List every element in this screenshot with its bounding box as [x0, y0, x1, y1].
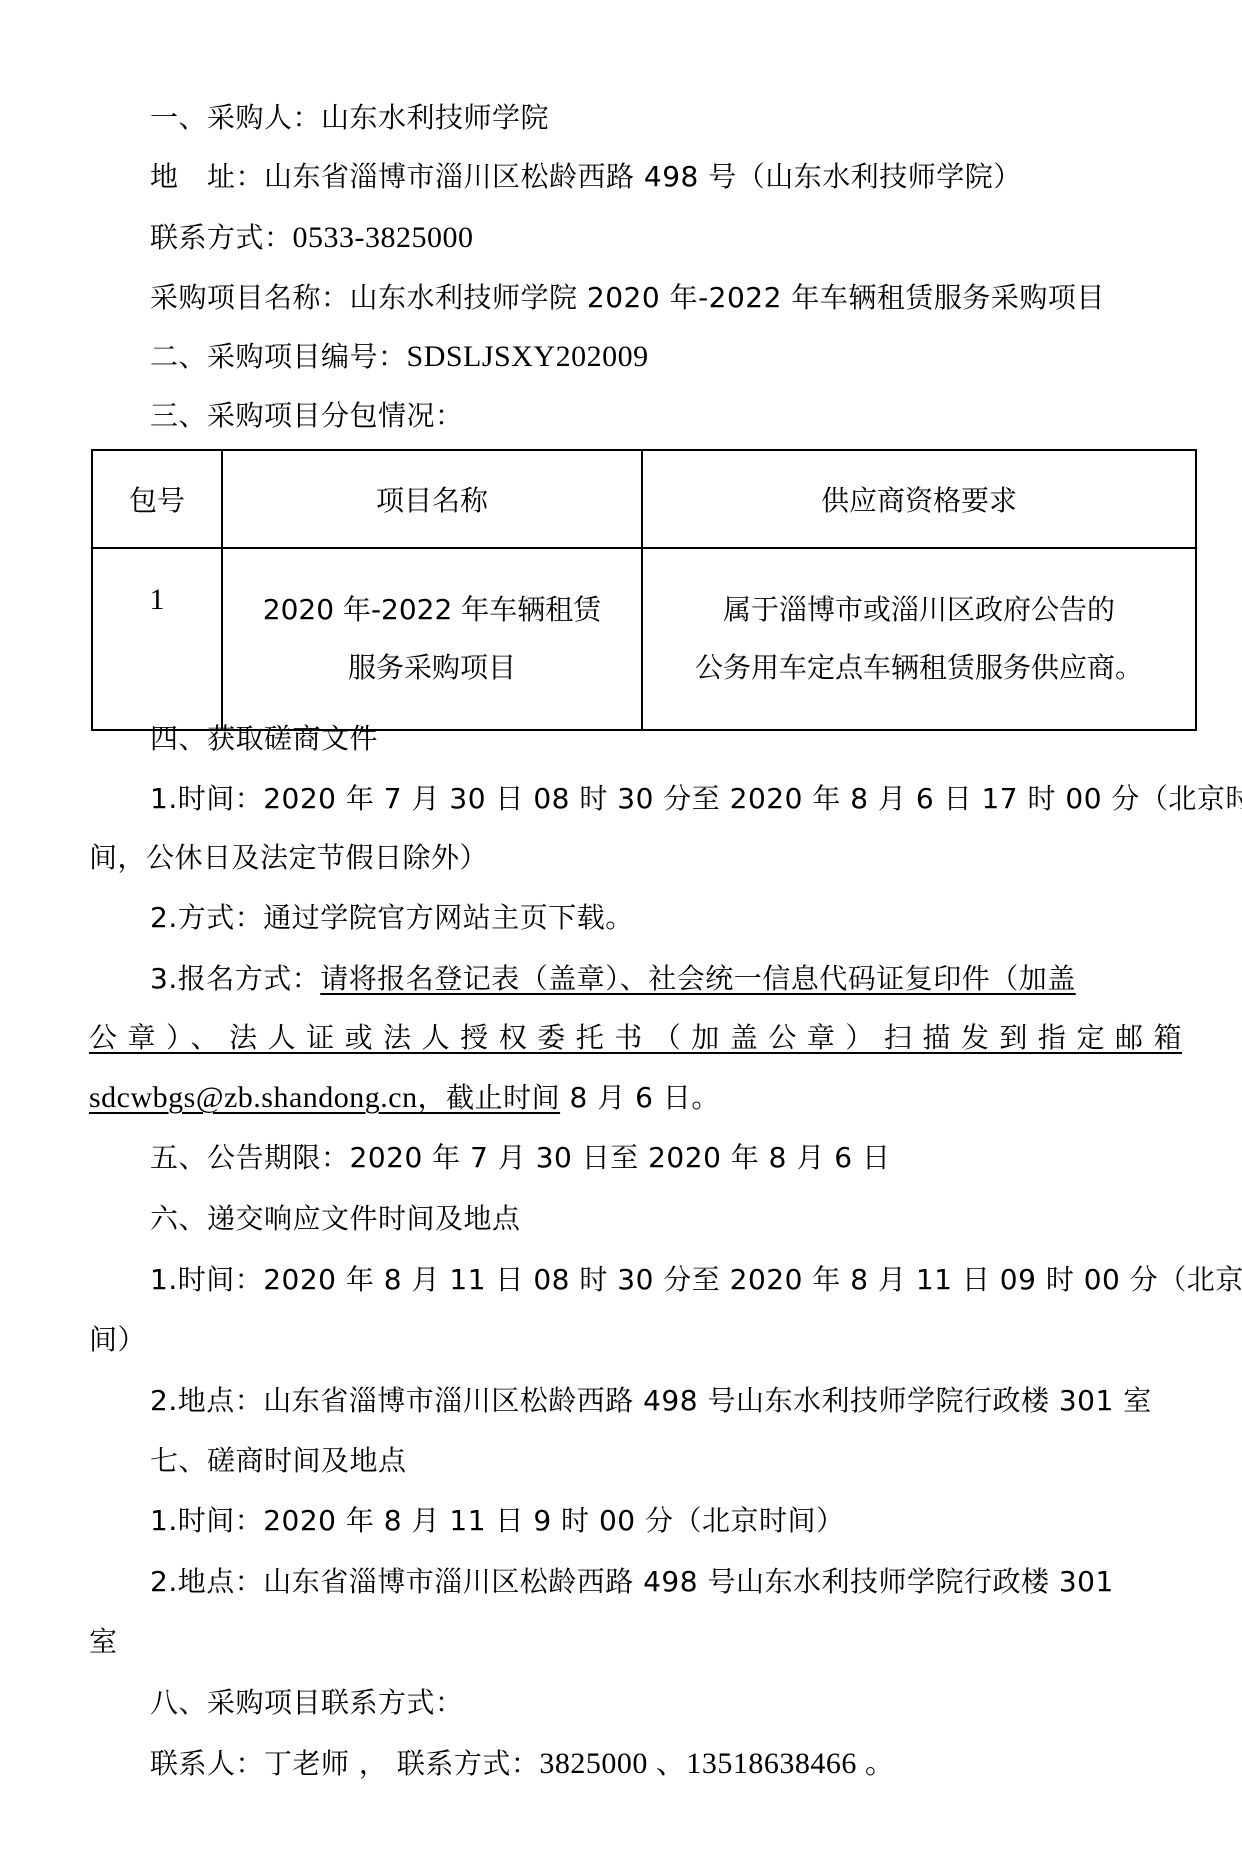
cell-project-name-line1: 2020 年-2022 年车辆租赁: [224, 581, 640, 639]
negotiation-place-line-cont: 室: [89, 1622, 118, 1662]
notice-period-line: 五、公告期限：2020 年 7 月 30 日至 2020 年 8 月 6 日: [150, 1138, 891, 1178]
register-deadline-label: ，截止时间: [418, 1081, 561, 1114]
col-header-name: 项目名称: [222, 450, 642, 548]
contact-value: 0533-3825000: [293, 221, 474, 254]
obtain-method-value: 通过学院官方网站主页下载。: [263, 901, 634, 934]
table-header-row: 包号 项目名称 供应商资格要求: [92, 450, 1196, 548]
register-deadline-value: 8 月 6 日。: [560, 1081, 720, 1114]
project-name-label: 采购项目名称：: [150, 281, 350, 314]
packages-table: 包号 项目名称 供应商资格要求 1 2020 年-2022 年车辆租赁 服务采购…: [91, 449, 1197, 731]
project-contact-heading: 八、采购项目联系方式：: [150, 1683, 464, 1723]
table-row: 1 2020 年-2022 年车辆租赁 服务采购项目 属于淄博市或淄川区政府公告…: [92, 548, 1196, 730]
negotiation-time-line: 1.时间：2020 年 8 月 11 日 9 时 00 分（北京时间）: [150, 1501, 844, 1541]
obtain-method-line: 2.方式：通过学院官方网站主页下载。: [150, 898, 634, 938]
cell-number: 1: [92, 548, 222, 730]
register-instructions: 请将报名登记表（盖章）、社会统一信息代码证复印件（加盖: [320, 962, 1076, 995]
cell-qualification-line2: 公务用车定点车辆租赁服务供应商。: [644, 639, 1194, 697]
project-number-label: 二、采购项目编号：: [150, 340, 407, 373]
register-email-link[interactable]: sdcwbgs@zb.shandong.cn: [89, 1081, 418, 1114]
col-header-qualification: 供应商资格要求: [642, 450, 1196, 548]
contact-phone-value: 3825000 、13518638466 。: [539, 1747, 895, 1780]
negotiation-place-value: 山东省淄博市淄川区松龄西路 498 号山东水利技师学院行政楼 301: [263, 1565, 1114, 1598]
cell-qualification: 属于淄博市或淄川区政府公告的 公务用车定点车辆租赁服务供应商。: [642, 548, 1196, 730]
cell-qualification-line1: 属于淄博市或淄川区政府公告的: [644, 581, 1194, 639]
address-label: 地 址：: [150, 160, 264, 193]
register-email-line: sdcwbgs@zb.shandong.cn，截止时间 8 月 6 日。: [89, 1078, 720, 1118]
submission-place-value: 山东省淄博市淄川区松龄西路 498 号山东水利技师学院行政楼 301 室: [263, 1384, 1152, 1417]
purchaser-line: 一、采购人：山东水利技师学院: [150, 98, 549, 138]
submission-time-line-cont: 间）: [89, 1320, 146, 1360]
cell-project-name: 2020 年-2022 年车辆租赁 服务采购项目: [222, 548, 642, 730]
submission-place-line: 2.地点：山东省淄博市淄川区松龄西路 498 号山东水利技师学院行政楼 301 …: [150, 1381, 1152, 1421]
register-line-cont: 公章）、法人证或法人授权委托书（加盖公章）扫描发到指定邮箱: [89, 1018, 1182, 1058]
negotiation-place-label: 2.地点：: [150, 1565, 263, 1598]
obtain-method-label: 2.方式：: [150, 901, 263, 934]
register-label: 3.报名方式：: [150, 962, 320, 995]
contact-phone-label: 联系方式：: [387, 1747, 539, 1780]
register-line: 3.报名方式：请将报名登记表（盖章）、社会统一信息代码证复印件（加盖: [150, 959, 1076, 999]
project-number-line: 二、采购项目编号：SDSLJSXY202009: [150, 337, 649, 377]
project-contact-line: 联系人：丁老师 ， 联系方式：3825000 、13518638466 。: [150, 1744, 895, 1784]
contact-person-value: 丁老师 ，: [264, 1747, 387, 1780]
purchaser-value: 山东水利技师学院: [321, 101, 549, 134]
cell-project-name-line2: 服务采购项目: [224, 639, 640, 697]
project-number-value: SDSLJSXY202009: [407, 340, 649, 373]
project-name-line: 采购项目名称：山东水利技师学院 2020 年-2022 年车辆租赁服务采购项目: [150, 278, 1105, 318]
col-header-number: 包号: [92, 450, 222, 548]
address-value: 山东省淄博市淄川区松龄西路 498 号（山东水利技师学院）: [264, 160, 1022, 193]
obtain-time-line-cont: 间，公休日及法定节假日除外）: [89, 838, 488, 878]
address-line: 地 址：山东省淄博市淄川区松龄西路 498 号（山东水利技师学院）: [150, 157, 1022, 197]
obtain-time-value: 2020 年 7 月 30 日 08 时 30 分至 2020 年 8 月 6 …: [263, 782, 1242, 815]
contact-person-label: 联系人：: [150, 1747, 264, 1780]
purchaser-label: 一、采购人：: [150, 101, 321, 134]
negotiation-time-label: 1.时间：: [150, 1504, 263, 1537]
contact-label: 联系方式：: [150, 221, 293, 254]
submission-time-label: 1.时间：: [150, 1263, 263, 1296]
submission-place-label: 2.地点：: [150, 1384, 263, 1417]
obtain-docs-heading: 四、获取磋商文件: [150, 719, 378, 759]
project-name-value: 山东水利技师学院 2020 年-2022 年车辆租赁服务采购项目: [350, 281, 1105, 314]
contact-line: 联系方式：0533-3825000: [150, 218, 474, 258]
obtain-time-label: 1.时间：: [150, 782, 263, 815]
negotiation-place-line: 2.地点：山东省淄博市淄川区松龄西路 498 号山东水利技师学院行政楼 301: [150, 1562, 1114, 1602]
register-instructions-cont: 公章）、法人证或法人授权委托书（加盖公章）扫描发到指定邮箱: [89, 1021, 1182, 1054]
negotiation-heading: 七、磋商时间及地点: [150, 1441, 407, 1481]
submission-time-line: 1.时间：2020 年 8 月 11 日 08 时 30 分至 2020 年 8…: [150, 1260, 1242, 1300]
submission-time-value: 2020 年 8 月 11 日 08 时 30 分至 2020 年 8 月 11…: [263, 1263, 1242, 1296]
packages-heading: 三、采购项目分包情况：: [150, 396, 464, 436]
notice-period-label: 五、公告期限：: [150, 1141, 350, 1174]
obtain-time-line: 1.时间：2020 年 7 月 30 日 08 时 30 分至 2020 年 8…: [150, 779, 1242, 819]
notice-period-value: 2020 年 7 月 30 日至 2020 年 8 月 6 日: [350, 1141, 891, 1174]
submission-heading: 六、递交响应文件时间及地点: [150, 1199, 521, 1239]
negotiation-time-value: 2020 年 8 月 11 日 9 时 00 分（北京时间）: [263, 1504, 844, 1537]
